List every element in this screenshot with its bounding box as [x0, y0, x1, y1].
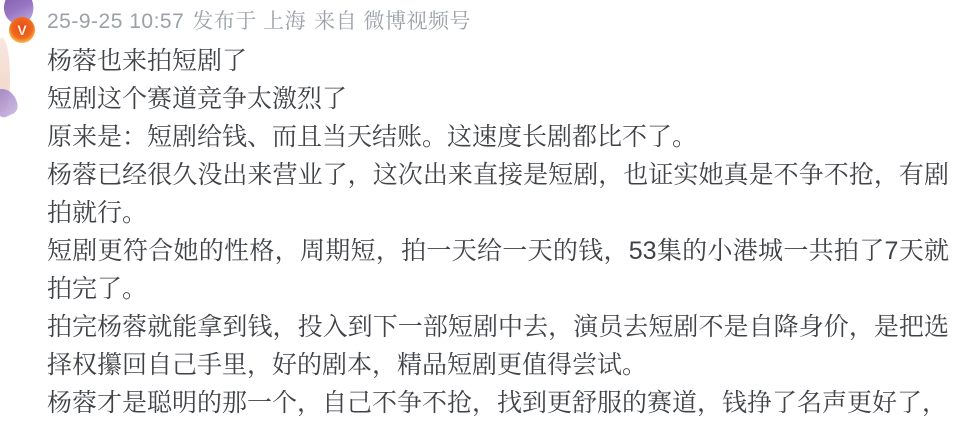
post-text: 杨蓉也来拍短剧了 短剧这个赛道竞争太激烈了 原来是：短剧给钱、而且当天结账。这速…: [47, 42, 949, 422]
post-paragraph: 短剧更符合她的性格，周期短，拍一天给一天的钱，53集的小港城一共拍了7天就拍完了…: [47, 232, 949, 308]
verified-badge-icon: V: [9, 17, 35, 43]
post-source-link[interactable]: 来自 微博视频号: [314, 10, 471, 33]
post-meta: 25-9-25 10:57发布于 上海来自 微博视频号: [47, 9, 471, 35]
post-paragraph: 杨蓉才是聪明的那一个，自己不争不抢，找到更舒服的赛道，钱挣了名声更好了，: [47, 384, 949, 422]
verified-badge-letter: V: [17, 23, 26, 37]
post-paragraph: 拍完杨蓉就能拿到钱，投入到下一部短剧中去，演员去短剧不是自降身价，是把选择权攥回…: [47, 308, 949, 384]
post-timestamp: 25-9-25 10:57: [47, 10, 184, 33]
post-paragraph: 杨蓉已经很久没出来营业了，这次出来直接是短剧，也证实她真是不争不抢，有剧拍就行。: [47, 156, 949, 232]
post-paragraph: 短剧这个赛道竞争太激烈了: [47, 80, 949, 118]
post-paragraph: 杨蓉也来拍短剧了: [47, 42, 949, 80]
post-location: 发布于 上海: [192, 10, 306, 33]
avatar-image-fragment: [0, 85, 21, 120]
weibo-post: V 25-9-25 10:57发布于 上海来自 微博视频号 杨蓉也来拍短剧了 短…: [0, 0, 960, 428]
post-paragraph: 原来是：短剧给钱、而且当天结账。这速度长剧都比不了。: [47, 118, 949, 156]
avatar[interactable]: V: [0, 0, 46, 130]
